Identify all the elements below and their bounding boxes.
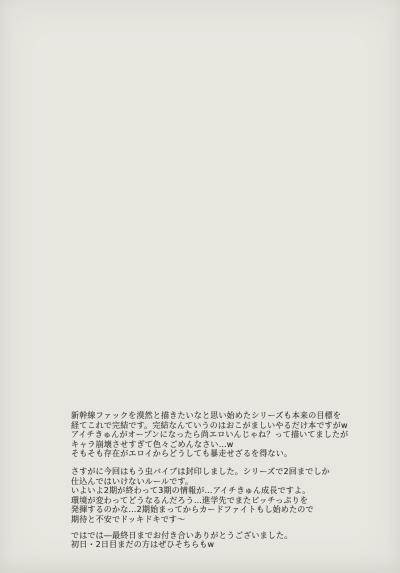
- afterword-line: 期待と不安でドッキドキです〜: [71, 515, 371, 525]
- afterword-text-block: 新幹線ファックを漠然と描きたいなと思い始めたシリーズも本来の目標を 経てこれで完…: [71, 411, 371, 550]
- afterword-line: キャラ崩壊させすぎて色々ごめんなさい…w: [71, 440, 371, 450]
- afterword-line: ではでは―最終日までお付き合いありがとうございました。: [71, 531, 371, 541]
- afterword-line: 経てこれで完結です。完結なんていうのはおこがましいやるだけ本ですがw: [71, 421, 371, 431]
- afterword-line: そもそも存在がエロイからどうしても暴走せざるを得ない。: [71, 449, 371, 459]
- scanned-page: 新幹線ファックを漠然と描きたいなと思い始めたシリーズも本来の目標を 経てこれで完…: [0, 0, 400, 573]
- afterword-line: 新幹線ファックを漠然と描きたいなと思い始めたシリーズも本来の目標を: [71, 411, 371, 421]
- afterword-line: 発揮するのかな…2期始まってからカードファイトもし始めたので: [71, 505, 371, 515]
- afterword-line: 初日・2日目まだの方はぜひそちらもw: [71, 540, 371, 550]
- afterword-paragraph-2: さすがに今回はもう虫バイブは封印しました。シリーズで2回までしか 仕込んではいけ…: [71, 467, 371, 525]
- afterword-line: いよいよ2期が終わって3期の情報が…アイチきゅん成長ですよ。: [71, 486, 371, 496]
- afterword-paragraph-1: 新幹線ファックを漠然と描きたいなと思い始めたシリーズも本来の目標を 経てこれで完…: [71, 411, 371, 459]
- afterword-line: アイチきゅんがオープンになったら尚エロいんじゃね？って描いてましたが: [71, 430, 371, 440]
- afterword-paragraph-3: ではでは―最終日までお付き合いありがとうございました。 初日・2日目まだの方はぜ…: [71, 531, 371, 550]
- afterword-line: さすがに今回はもう虫バイブは封印しました。シリーズで2回までしか: [71, 467, 371, 477]
- afterword-line: 環境が変わってどうなるんだろう…進学先でまたビッチっぷりを: [71, 496, 371, 506]
- afterword-line: 仕込んではいけないルールです。: [71, 477, 371, 487]
